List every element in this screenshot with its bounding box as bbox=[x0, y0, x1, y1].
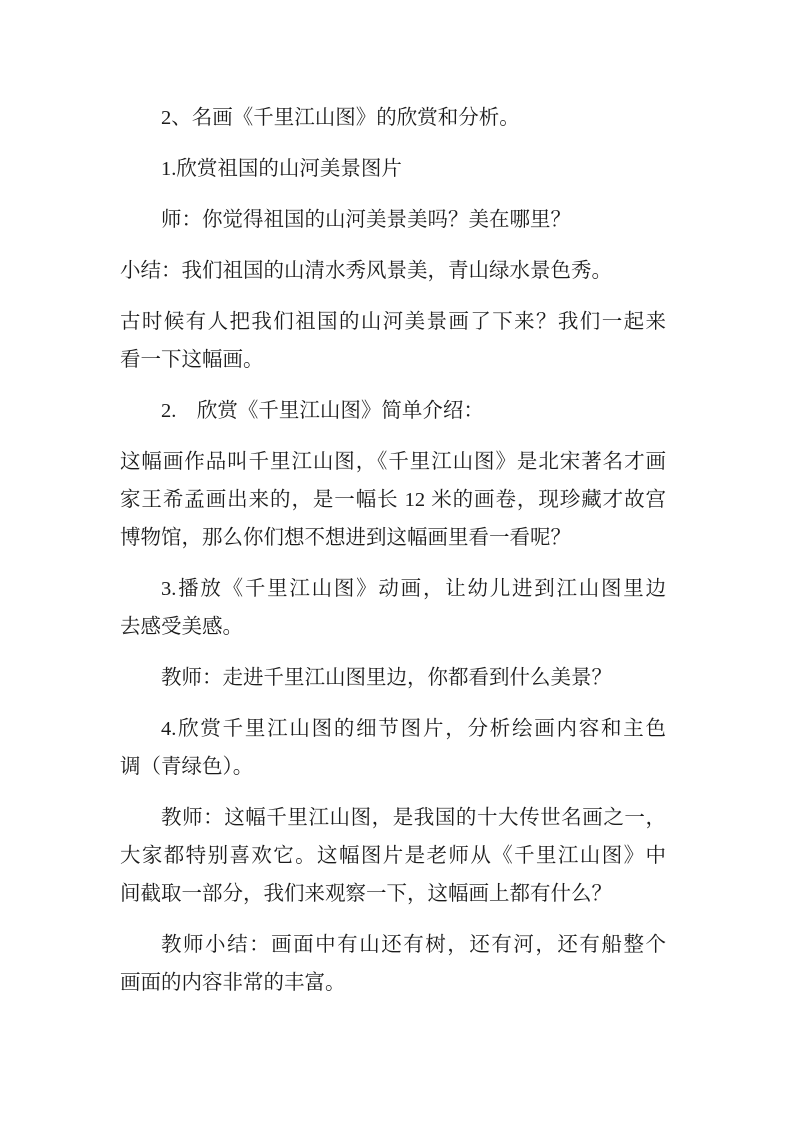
paragraph-teacher-question-1: 师：你觉得祖国的山河美景美吗？美在哪里？ bbox=[120, 201, 666, 239]
text-line: 大家都特别喜欢它。这幅图片是老师从《千里江山图》中 bbox=[120, 837, 666, 875]
text-line: 古时候有人把我们祖国的山河美景画了下来？我们一起来 bbox=[120, 303, 666, 341]
text-line: 调（青绿色）。 bbox=[120, 748, 666, 786]
text-line: 这幅画作品叫千里江山图，《千里江山图》是北宋著名才画 bbox=[120, 443, 666, 481]
lesson-plan-document-page: 2、名画《千里江山图》的欣赏和分析。 1.欣赏祖国的山河美景图片 师：你觉得祖国… bbox=[0, 0, 794, 1123]
text-line: 3.播放《千里江山图》动画，让幼儿进到江山图里边 bbox=[120, 570, 666, 608]
paragraph-teacher-summary: 教师小结：画面中有山还有树，还有河，还有船整个 画面的内容非常的丰富。 bbox=[120, 926, 666, 1002]
paragraph-teacher-question-2: 教师：走进千里江山图里边，你都看到什么美景？ bbox=[120, 659, 666, 697]
text-line: 看一下这幅画。 bbox=[120, 341, 666, 379]
text-line: 4.欣赏千里江山图的细节图片，分析绘画内容和主色 bbox=[120, 710, 666, 748]
paragraph-step-2: 2. 欣赏《千里江山图》简单介绍： bbox=[120, 392, 666, 430]
text-line: 2. 欣赏《千里江山图》简单介绍： bbox=[120, 392, 666, 430]
text-line: 教师：走进千里江山图里边，你都看到什么美景？ bbox=[120, 659, 666, 697]
paragraph-step-1: 1.欣赏祖国的山河美景图片 bbox=[120, 150, 666, 188]
text-line: 家王希孟画出来的，是一幅长 12 米的画卷，现珍藏才故宫 bbox=[120, 481, 666, 519]
text-line: 间截取一部分，我们来观察一下，这幅画上都有什么？ bbox=[120, 875, 666, 913]
paragraph-step-4: 4.欣赏千里江山图的细节图片，分析绘画内容和主色 调（青绿色）。 bbox=[120, 710, 666, 786]
text-line: 去感受美感。 bbox=[120, 608, 666, 646]
paragraph-summary: 小结：我们祖国的山清水秀风景美，青山绿水景色秀。 bbox=[120, 252, 666, 290]
text-line: 小结：我们祖国的山清水秀风景美，青山绿水景色秀。 bbox=[120, 252, 666, 290]
paragraph-teacher-explanation: 教师：这幅千里江山图，是我国的十大传世名画之一， 大家都特别喜欢它。这幅图片是老… bbox=[120, 799, 666, 913]
paragraph-section-heading: 2、名画《千里江山图》的欣赏和分析。 bbox=[120, 99, 666, 137]
text-line: 师：你觉得祖国的山河美景美吗？美在哪里？ bbox=[120, 201, 666, 239]
text-line: 2、名画《千里江山图》的欣赏和分析。 bbox=[120, 99, 666, 137]
text-line: 1.欣赏祖国的山河美景图片 bbox=[120, 150, 666, 188]
text-line: 教师小结：画面中有山还有树，还有河，还有船整个 bbox=[120, 926, 666, 964]
text-line: 画面的内容非常的丰富。 bbox=[120, 964, 666, 1002]
paragraph-summary-continued: 古时候有人把我们祖国的山河美景画了下来？我们一起来 看一下这幅画。 bbox=[120, 303, 666, 379]
text-line: 博物馆，那么你们想不想进到这幅画里看一看呢？ bbox=[120, 519, 666, 557]
text-line: 教师：这幅千里江山图，是我国的十大传世名画之一， bbox=[120, 799, 666, 837]
paragraph-painting-introduction: 这幅画作品叫千里江山图，《千里江山图》是北宋著名才画 家王希孟画出来的，是一幅长… bbox=[120, 443, 666, 557]
paragraph-step-3: 3.播放《千里江山图》动画，让幼儿进到江山图里边 去感受美感。 bbox=[120, 570, 666, 646]
